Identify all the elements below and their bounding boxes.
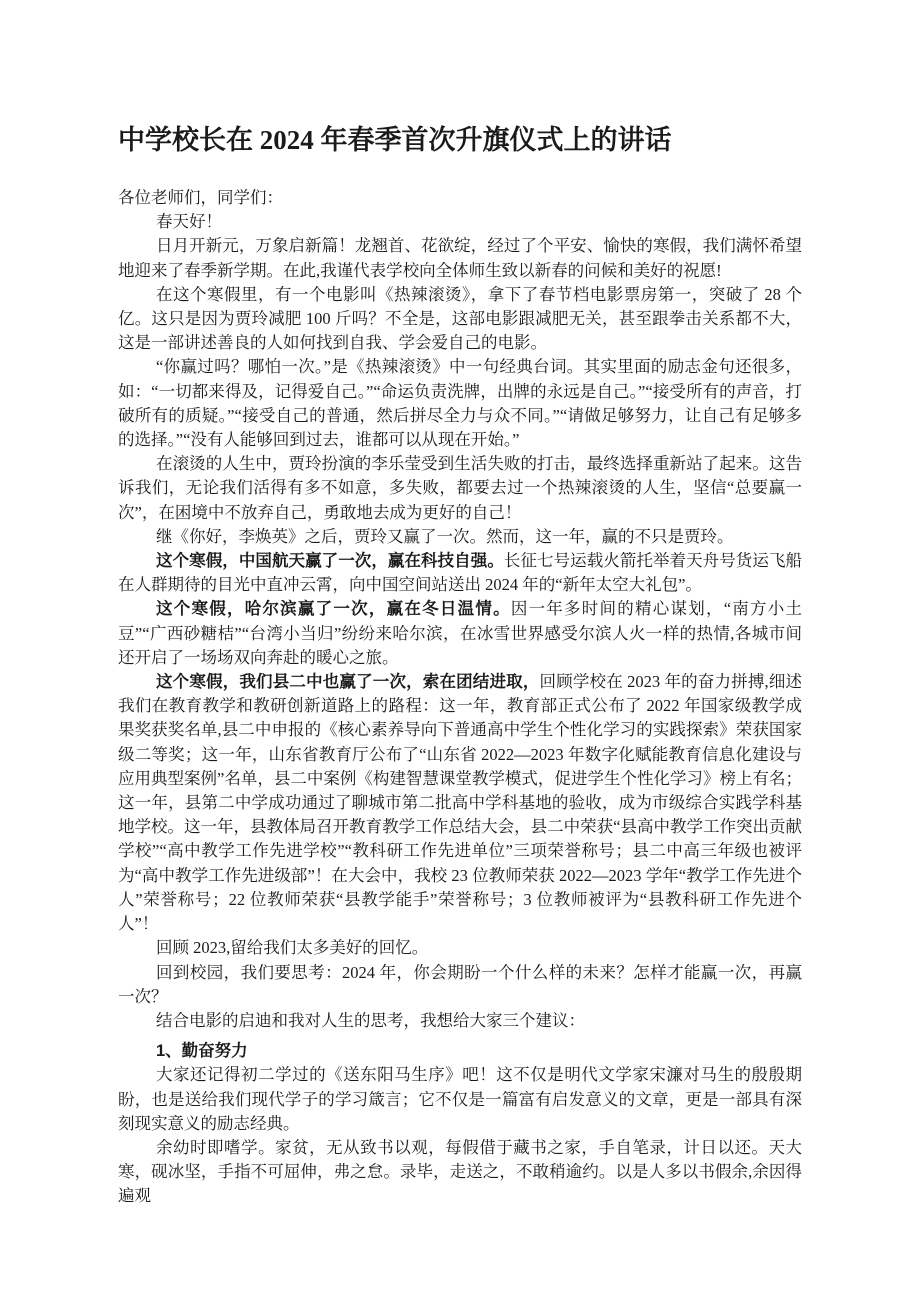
para-yu-youshi: 余幼时即嗜学。家贫，无从致书以观，每假借于藏书之家，手自笔录，计日以还。天大寒，… — [118, 1136, 802, 1209]
heading-suggestion-1: 1、勤奋努力 — [118, 1039, 802, 1063]
para-harbin-win-lead: 这个寒假，哈尔滨赢了一次，赢在冬日温情。 — [156, 600, 511, 618]
document-body: 中学校长在 2024 年春季首次升旗仪式上的讲话 各位老师们，同学们： 春天好！… — [118, 122, 802, 1209]
para-new-semester-opening: 日月开新元，万象启新篇！龙翘首、花欲绽，经过了个平安、愉快的寒假，我们满怀希望地… — [118, 234, 802, 282]
para-movie-intro: 在这个寒假里，有一个电影叫《热辣滚烫》，拿下了春节档电影票房第一，突破了 28 … — [118, 283, 802, 356]
para-school-win-body: 回顾学校在 2023 年的奋力拼搏,细述我们在教育教学和教研创新道路上的路程：这… — [118, 672, 802, 933]
document-title: 中学校长在 2024 年春季首次升旗仪式上的讲话 — [118, 122, 802, 158]
para-jialing-win: 继《你好，李焕英》之后，贾玲又赢了一次。然而，这一年，赢的不只是贾玲。 — [118, 525, 802, 549]
para-aerospace-win: 这个寒假，中国航天赢了一次，赢在科技自强。长征七号运载火箭托举着天舟号货运飞船在… — [118, 549, 802, 597]
para-school-win: 这个寒假，我们县二中也赢了一次，索在团结进取，回顾学校在 2023 年的奋力拼搏… — [118, 670, 802, 936]
para-school-win-lead: 这个寒假，我们县二中也赢了一次，索在团结进取， — [156, 673, 540, 691]
document-page: 中学校长在 2024 年春季首次升旗仪式上的讲话 各位老师们，同学们： 春天好！… — [0, 0, 920, 1301]
para-review-2023: 回顾 2023,留给我们太多美好的回忆。 — [118, 936, 802, 960]
para-three-suggestions: 结合电影的启迪和我对人生的思考，我想给大家三个建议： — [118, 1009, 802, 1033]
para-aerospace-win-lead: 这个寒假，中国航天赢了一次，赢在科技自强。 — [156, 552, 504, 570]
para-think-2024: 回到校园，我们要思考：2024 年，你会期盼一个什么样的未来？怎样才能赢一次，再… — [118, 961, 802, 1009]
para-harbin-win: 这个寒假，哈尔滨赢了一次，赢在冬日温情。因一年多时间的精心谋划，“南方小土豆”“… — [118, 597, 802, 670]
salutation: 各位老师们，同学们： — [118, 186, 802, 210]
para-spring-greeting: 春天好！ — [118, 210, 802, 234]
para-movie-lesson: 在滚烫的人生中，贾玲扮演的李乐莹受到生活失败的打击，最终选择重新站了起来。这告诉… — [118, 452, 802, 525]
para-movie-quotes: “你赢过吗？哪怕一次。”是《热辣滚烫》中一句经典台词。其实里面的励志金句还很多，… — [118, 355, 802, 452]
para-song-dongyang: 大家还记得初二学过的《送东阳马生序》吧！这不仅是明代文学家宋濂对马生的殷殷期盼，… — [118, 1063, 802, 1136]
